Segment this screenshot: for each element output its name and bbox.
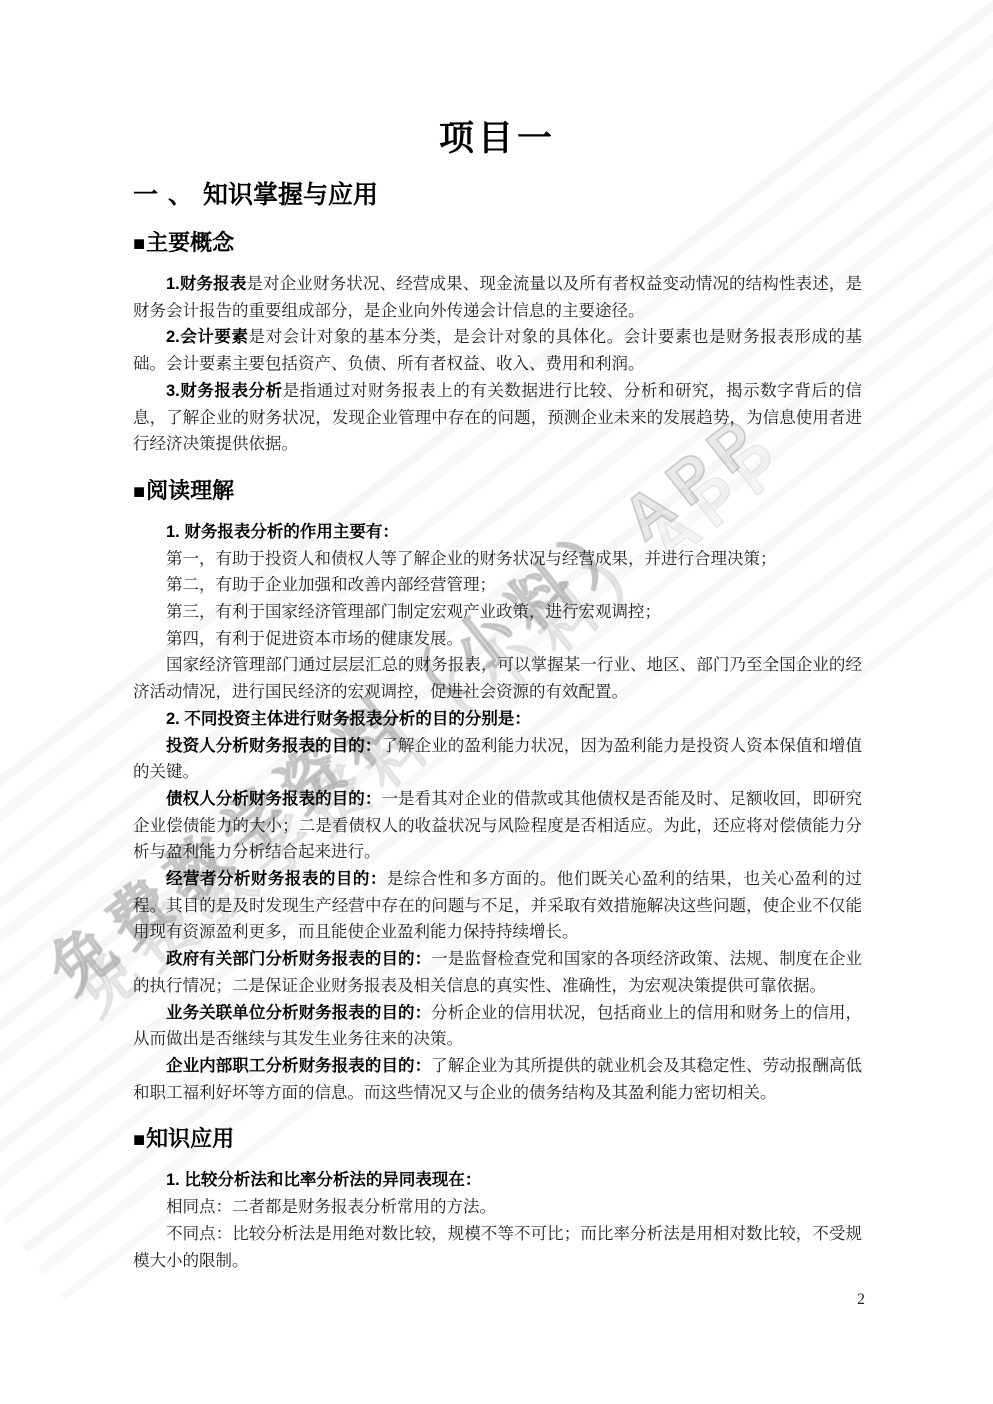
paragraph-lead: 1. 比较分析法和比率分析法的异同表现在： — [166, 1171, 481, 1189]
doc-section: ■主要概念1.财务报表是对企业财务状况、经营成果、现金流量以及所有者权益变动情况… — [133, 229, 862, 458]
paragraph: 3.财务报表分析是指通过对财务报表上的有关数据进行比较、分析和研究，揭示数字背后… — [133, 378, 862, 458]
paragraph: 相同点：二者都是财务报表分析常用的方法。 — [133, 1194, 862, 1221]
paragraph-lead: 1. 财务报表分析的作用主要有： — [166, 523, 399, 541]
paragraph: 不同点：比较分析法是用绝对数比较，规模不等不可比；而比率分析法是用相对数比较，不… — [133, 1221, 862, 1274]
paragraph: 1. 比较分析法和比率分析法的异同表现在： — [133, 1167, 862, 1194]
paragraph-lead: 企业内部职工分析财务报表的目的： — [166, 1057, 431, 1075]
paragraph-text: 第二，有助于企业加强和改善内部经营管理； — [166, 575, 496, 594]
paragraph-lead: 经营者分析财务报表的目的： — [166, 870, 387, 888]
paragraph: 企业内部职工分析财务报表的目的：了解企业为其所提供的就业机会及其稳定性、劳动报酬… — [133, 1053, 862, 1106]
section-heading-label: 主要概念 — [146, 230, 234, 255]
document-page: 免费教学资料（小料）APP 免费教学资料（小料）APP 项目一 一、知识掌握与应… — [0, 0, 993, 1404]
section-heading: ■阅读理解 — [133, 477, 862, 506]
paragraph: 第二，有助于企业加强和改善内部经营管理； — [133, 572, 862, 599]
paragraph-text: 相同点：二者都是财务报表分析常用的方法。 — [166, 1197, 496, 1216]
doc-section: ■阅读理解1. 财务报表分析的作用主要有：第一，有助于投资人和债权人等了解企业的… — [133, 477, 862, 1106]
paragraph: 第一，有助于投资人和债权人等了解企业的财务状况与经营成果，并进行合理决策； — [133, 546, 862, 573]
section-square-marker-icon: ■ — [133, 481, 145, 503]
document-title: 项目一 — [133, 119, 862, 159]
paragraph: 国家经济管理部门通过层层汇总的财务报表，可以掌握某一行业、地区、部门乃至全国企业… — [133, 652, 862, 705]
paragraph-text: 第一，有助于投资人和债权人等了解企业的财务状况与经营成果，并进行合理决策； — [166, 549, 777, 568]
page-number: 2 — [857, 1291, 865, 1309]
main-heading-number: 一、 — [133, 181, 203, 209]
paragraph-text: 国家经济管理部门通过层层汇总的财务报表，可以掌握某一行业、地区、部门乃至全国企业… — [133, 655, 862, 701]
sections: ■主要概念1.财务报表是对企业财务状况、经营成果、现金流量以及所有者权益变动情况… — [133, 229, 862, 1274]
paragraph: 第四，有利于促进资本市场的健康发展。 — [133, 626, 862, 653]
paragraph: 第三，有利于国家经济管理部门制定宏观产业政策，进行宏观调控； — [133, 599, 862, 626]
paragraph-lead: 2.会计要素 — [166, 328, 249, 346]
paragraph-lead: 债权人分析财务报表的目的： — [166, 790, 381, 808]
main-heading: 一、知识掌握与应用 — [133, 180, 862, 210]
paragraph-lead: 2. 不同投资主体进行财务报表分析的目的分别是： — [166, 710, 531, 728]
section-heading-label: 阅读理解 — [146, 478, 234, 503]
paragraph-text: 第四，有利于促进资本市场的健康发展。 — [166, 629, 463, 648]
paragraph: 经营者分析财务报表的目的：是综合性和多方面的。他们既关心盈利的结果，也关心盈利的… — [133, 866, 862, 946]
paragraph: 2. 不同投资主体进行财务报表分析的目的分别是： — [133, 706, 862, 733]
paragraph-text: 不同点：比较分析法是用绝对数比较，规模不等不可比；而比率分析法是用相对数比较，不… — [133, 1224, 862, 1270]
section-square-marker-icon: ■ — [133, 1129, 145, 1151]
paragraph: 业务关联单位分析财务报表的目的：分析企业的信用状况，包括商业上的信用和财务上的信… — [133, 1000, 862, 1053]
paragraph: 债权人分析财务报表的目的：一是看其对企业的借款或其他债权是否能及时、足额收回，即… — [133, 786, 862, 866]
paragraph-lead: 3.财务报表分析 — [166, 382, 283, 400]
document-content: 项目一 一、知识掌握与应用 ■主要概念1.财务报表是对企业财务状况、经营成果、现… — [133, 0, 862, 1274]
paragraph: 1.财务报表是对企业财务状况、经营成果、现金流量以及所有者权益变动情况的结构性表… — [133, 271, 862, 324]
paragraph: 投资人分析财务报表的目的：了解企业的盈利能力状况，因为盈利能力是投资人资本保值和… — [133, 733, 862, 786]
section-heading: ■主要概念 — [133, 229, 862, 258]
paragraph: 1. 财务报表分析的作用主要有： — [133, 519, 862, 546]
paragraph: 2.会计要素是对会计对象的基本分类，是会计对象的具体化。会计要素也是财务报表形成… — [133, 324, 862, 377]
section-heading: ■知识应用 — [133, 1125, 862, 1154]
section-heading-label: 知识应用 — [146, 1126, 234, 1151]
doc-section: ■知识应用1. 比较分析法和比率分析法的异同表现在：相同点：二者都是财务报表分析… — [133, 1125, 862, 1274]
paragraph-text: 第三，有利于国家经济管理部门制定宏观产业政策，进行宏观调控； — [166, 602, 661, 621]
paragraph-lead: 业务关联单位分析财务报表的目的： — [166, 1004, 431, 1022]
paragraph-lead: 投资人分析财务报表的目的： — [166, 737, 381, 755]
paragraph-lead: 政府有关部门分析财务报表的目的： — [166, 950, 431, 968]
section-square-marker-icon: ■ — [133, 233, 145, 255]
paragraph-lead: 1.财务报表 — [166, 275, 246, 293]
main-heading-label: 知识掌握与应用 — [203, 181, 378, 209]
paragraph: 政府有关部门分析财务报表的目的：一是监督检查党和国家的各项经济政策、法规、制度在… — [133, 946, 862, 999]
